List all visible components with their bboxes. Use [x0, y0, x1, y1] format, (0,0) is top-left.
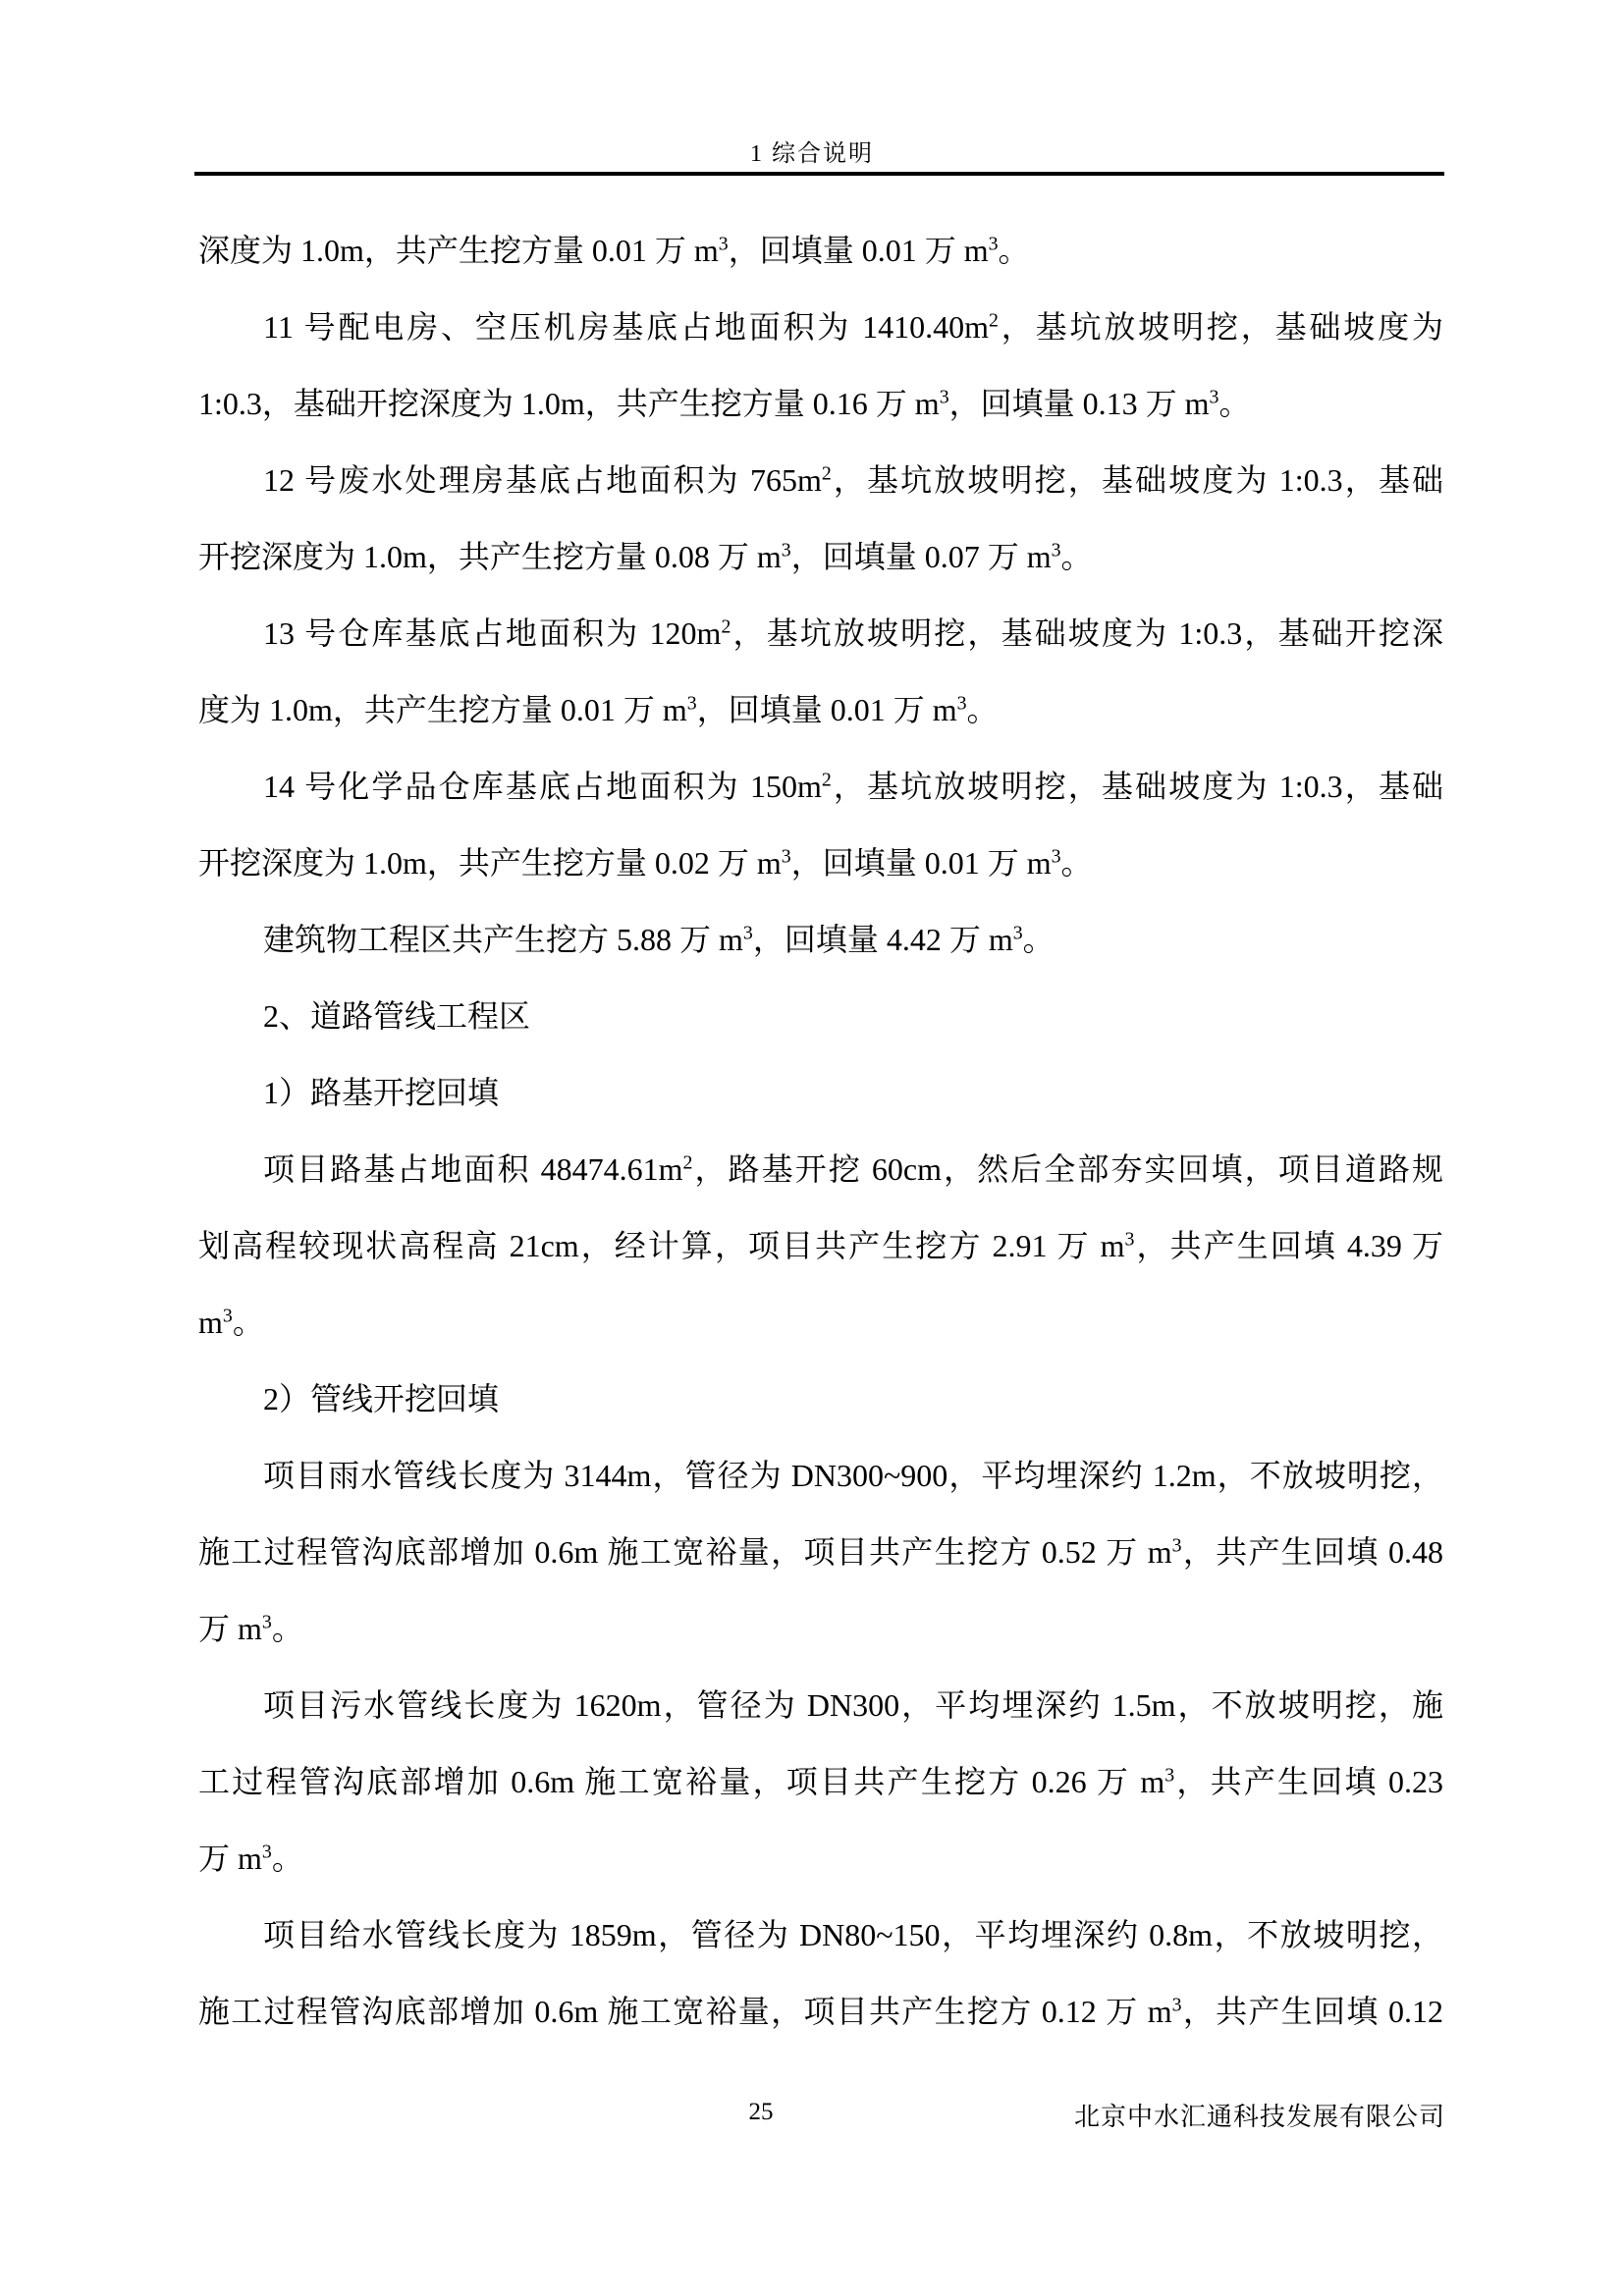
superscript: 3: [1125, 1228, 1135, 1250]
body-line: 项目雨水管线长度为 3144m，管径为 DN300~900，平均埋深约 1.2m…: [198, 1437, 1443, 1514]
body-line: 2）管线开挖回填: [198, 1361, 1443, 1437]
superscript: 3: [1052, 539, 1061, 561]
superscript: 3: [782, 539, 791, 561]
superscript: 3: [687, 692, 697, 714]
superscript: 3: [782, 845, 791, 867]
superscript: 3: [1052, 845, 1061, 867]
body-line: 项目给水管线长度为 1859m，管径为 DN80~150，平均埋深约 0.8m，…: [198, 1896, 1443, 1973]
body-line: 14 号化学品仓库基底占地面积为 150m2，基坑放坡明挖，基础坡度为 1:0.…: [198, 748, 1443, 825]
body-line: 万 m3。: [198, 1820, 1443, 1896]
superscript: 3: [262, 1841, 272, 1862]
superscript: 3: [1172, 1534, 1182, 1556]
superscript: 3: [743, 922, 753, 943]
body-line: 工过程管沟底部增加 0.6m 施工宽裕量，项目共产生挖方 0.26 万 m3，共…: [198, 1743, 1443, 1820]
body-line: 12 号废水处理房基底占地面积为 765m2，基坑放坡明挖，基础坡度为 1:0.…: [198, 442, 1443, 518]
body-line: 施工过程管沟底部增加 0.6m 施工宽裕量，项目共产生挖方 0.12 万 m3，…: [198, 1973, 1443, 2050]
page-number: 25: [730, 2099, 792, 2126]
superscript: 3: [1013, 922, 1023, 943]
body-line: 项目污水管线长度为 1620m，管径为 DN300，平均埋深约 1.5m，不放坡…: [198, 1667, 1443, 1743]
superscript: 2: [721, 615, 731, 637]
superscript: 3: [719, 233, 729, 254]
body-line: 度为 1.0m，共产生挖方量 0.01 万 m3，回填量 0.01 万 m3。: [198, 671, 1443, 748]
body-line: 开挖深度为 1.0m，共产生挖方量 0.02 万 m3，回填量 0.01 万 m…: [198, 825, 1443, 901]
superscript: 3: [1210, 386, 1219, 407]
superscript: 3: [262, 1611, 272, 1632]
superscript: 3: [1172, 1994, 1182, 2015]
document-page: 1 综合说明 深度为 1.0m，共产生挖方量 0.01 万 m3，回填量 0.0…: [0, 0, 1624, 2296]
superscript: 2: [822, 462, 832, 484]
body-line: m3。: [198, 1284, 1443, 1361]
document-body: 深度为 1.0m，共产生挖方量 0.01 万 m3，回填量 0.01 万 m3。…: [198, 176, 1443, 2050]
body-line: 建筑物工程区共产生挖方 5.88 万 m3，回填量 4.42 万 m3。: [198, 901, 1443, 978]
superscript: 3: [957, 692, 967, 714]
superscript: 2: [822, 769, 832, 790]
superscript: 3: [940, 386, 949, 407]
body-line: 13 号仓库基底占地面积为 120m2，基坑放坡明挖，基础坡度为 1:0.3，基…: [198, 595, 1443, 671]
body-line: 11 号配电房、空压机房基底占地面积为 1410.40m2，基坑放坡明挖，基础坡…: [198, 289, 1443, 365]
body-line: 划高程较现状高程高 21cm，经计算，项目共产生挖方 2.91 万 m3，共产生…: [198, 1207, 1443, 1284]
body-line: 1）路基开挖回填: [198, 1054, 1443, 1131]
superscript: 3: [223, 1305, 233, 1326]
body-line: 深度为 1.0m，共产生挖方量 0.01 万 m3，回填量 0.01 万 m3。: [198, 212, 1443, 289]
body-line: 1:0.3，基础开挖深度为 1.0m，共产生挖方量 0.16 万 m3，回填量 …: [198, 365, 1443, 442]
body-line: 2、道路管线工程区: [198, 978, 1443, 1054]
footer-company: 北京中水汇通科技发展有限公司: [1074, 2097, 1445, 2133]
body-line: 开挖深度为 1.0m，共产生挖方量 0.08 万 m3，回填量 0.07 万 m…: [198, 518, 1443, 595]
superscript: 3: [1164, 1764, 1174, 1786]
body-line: 万 m3。: [198, 1590, 1443, 1667]
superscript: 2: [683, 1151, 693, 1173]
superscript: 2: [989, 309, 999, 331]
superscript: 3: [989, 233, 999, 254]
body-line: 项目路基占地面积 48474.61m2，路基开挖 60cm，然后全部夯实回填，项…: [198, 1131, 1443, 1207]
body-line: 施工过程管沟底部增加 0.6m 施工宽裕量，项目共产生挖方 0.52 万 m3，…: [198, 1514, 1443, 1590]
header-title: 1 综合说明: [0, 133, 1624, 168]
